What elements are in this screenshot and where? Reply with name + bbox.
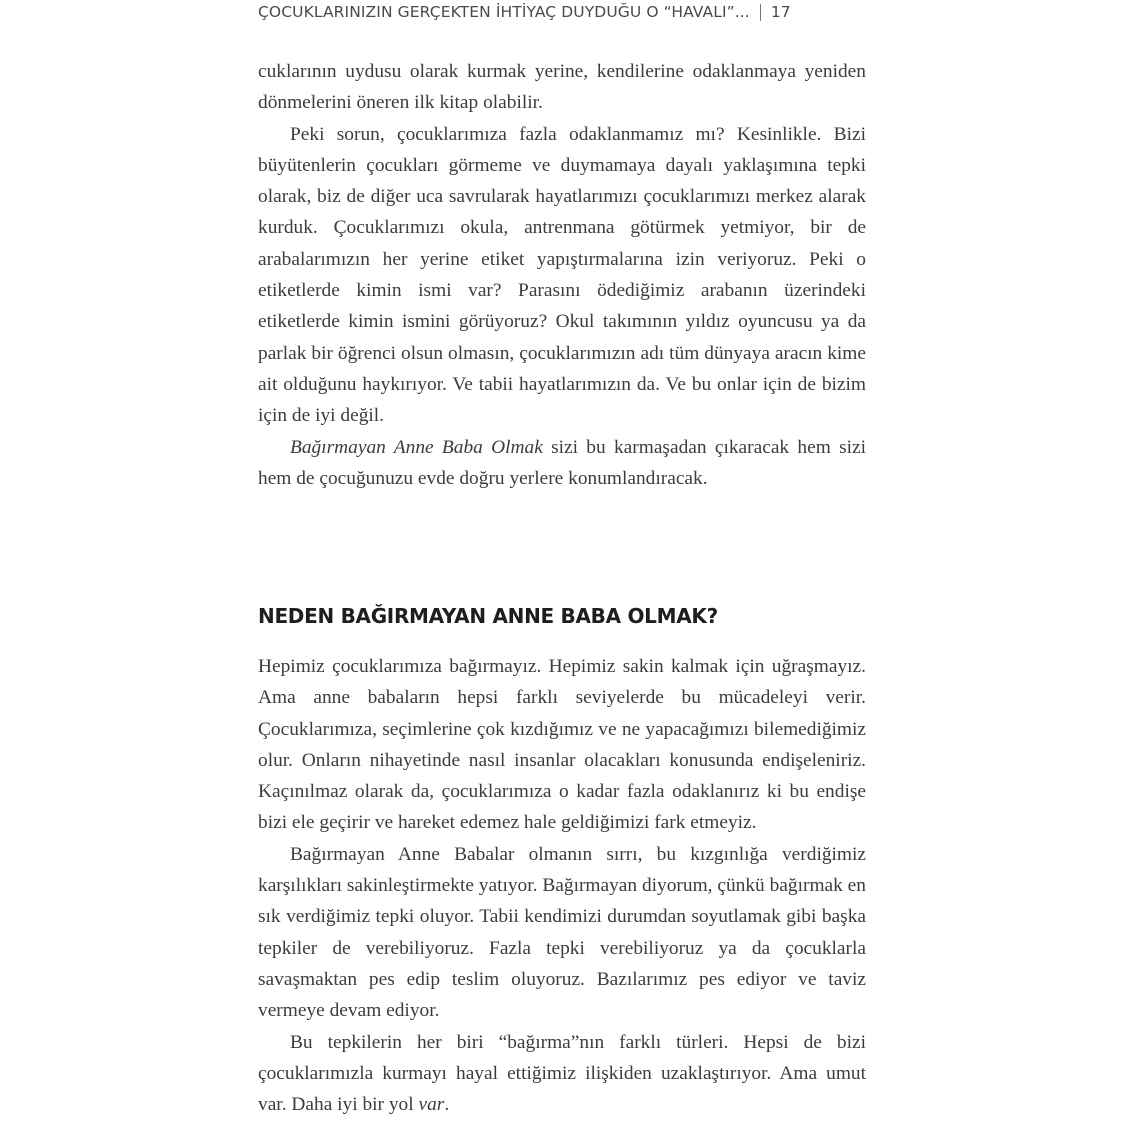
paragraph-end: . [444, 1094, 449, 1115]
book-title-italic: Bağırmayan Anne Baba Olmak [290, 437, 543, 458]
paragraph: Hepimiz çocuklarımıza bağırmayız. Hepimi… [258, 651, 866, 839]
paragraph: cuklarının uydusu olarak kurmak yerine, … [258, 56, 866, 119]
section-intro-text: cuklarının uydusu olarak kurmak yerine, … [258, 56, 866, 494]
running-title: ÇOCUKLARINIZIN GERÇEKTEN İHTİYAÇ DUYDUĞU… [258, 3, 750, 21]
paragraph: Bu tepkilerin her biri “bağırma”nın fark… [258, 1027, 866, 1121]
section-heading: NEDEN BAĞIRMAYAN ANNE BABA OLMAK? [258, 604, 718, 628]
paragraph: Bağırmayan Anne Baba Olmak sizi bu karma… [258, 432, 866, 495]
running-header: ÇOCUKLARINIZIN GERÇEKTEN İHTİYAÇ DUYDUĞU… [258, 0, 886, 24]
section-why-text: Hepimiz çocuklarımıza bağırmayız. Hepimi… [258, 651, 866, 1120]
paragraph: Peki sorun, çocuklarımıza fazla odaklanm… [258, 119, 866, 432]
page-number: 17 [771, 3, 791, 21]
paragraph: Bağırmayan Anne Babalar olmanın sırrı, b… [258, 839, 866, 1027]
paragraph-text: Bu tepkilerin her biri “bağırma”nın fark… [258, 1032, 866, 1116]
emphasis-italic: var [418, 1094, 444, 1115]
header-separator [760, 4, 761, 21]
